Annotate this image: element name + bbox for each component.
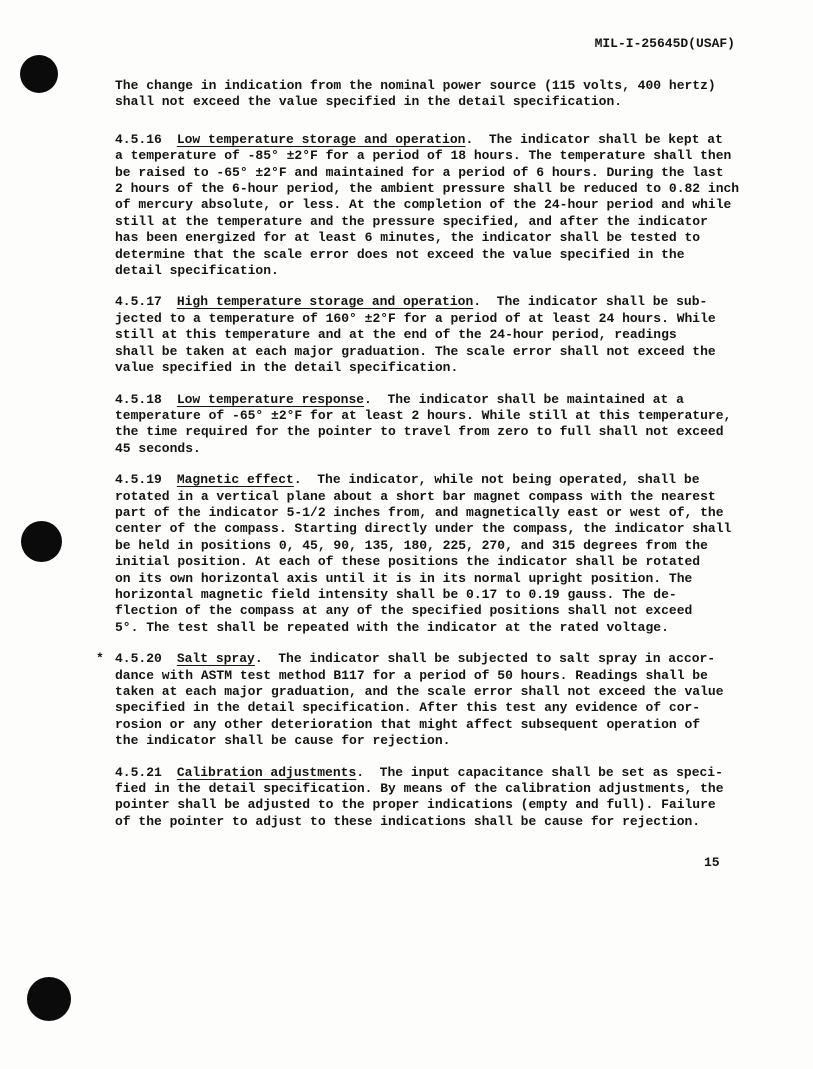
- section-title: Salt spray: [177, 651, 255, 666]
- section-4-5-19: 4.5.19Magnetic effect. The indicator, wh…: [115, 472, 765, 636]
- binder-hole-top: [20, 55, 58, 93]
- section-title: High temperature storage and operation: [177, 294, 473, 309]
- section-body: . The indicator, while not being operate…: [115, 472, 731, 635]
- section-title: Calibration adjustments: [177, 765, 356, 780]
- section-number: 4.5.20: [115, 651, 162, 666]
- section-title: Magnetic effect: [177, 472, 294, 487]
- section-4-5-18: 4.5.18Low temperature response. The indi…: [115, 392, 765, 458]
- document-id: MIL-I-25645D(USAF): [595, 36, 735, 52]
- binder-hole-middle: [21, 521, 62, 562]
- binder-hole-bottom: [27, 977, 71, 1021]
- section-number: 4.5.18: [115, 392, 162, 407]
- amendment-asterisk: *: [96, 651, 104, 667]
- section-title: Low temperature storage and operation: [177, 132, 466, 147]
- section-4-5-16: 4.5.16Low temperature storage and operat…: [115, 132, 765, 280]
- section-body: . The indicator shall be kept at a tempe…: [115, 132, 739, 278]
- page-number: 15: [704, 855, 720, 871]
- section-number: 4.5.21: [115, 765, 162, 780]
- section-number: 4.5.17: [115, 294, 162, 309]
- section-number: 4.5.19: [115, 472, 162, 487]
- section-title: Low temperature response: [177, 392, 364, 407]
- section-4-5-17: 4.5.17High temperature storage and opera…: [115, 294, 765, 376]
- section-4-5-21: 4.5.21Calibration adjustments. The input…: [115, 765, 765, 831]
- document-page: MIL-I-25645D(USAF) The change in indicat…: [0, 0, 813, 1069]
- intro-paragraph: The change in indication from the nomina…: [115, 78, 765, 111]
- section-number: 4.5.16: [115, 132, 162, 147]
- document-body: The change in indication from the nomina…: [115, 78, 765, 845]
- section-4-5-20: *4.5.20Salt spray. The indicator shall b…: [115, 651, 765, 749]
